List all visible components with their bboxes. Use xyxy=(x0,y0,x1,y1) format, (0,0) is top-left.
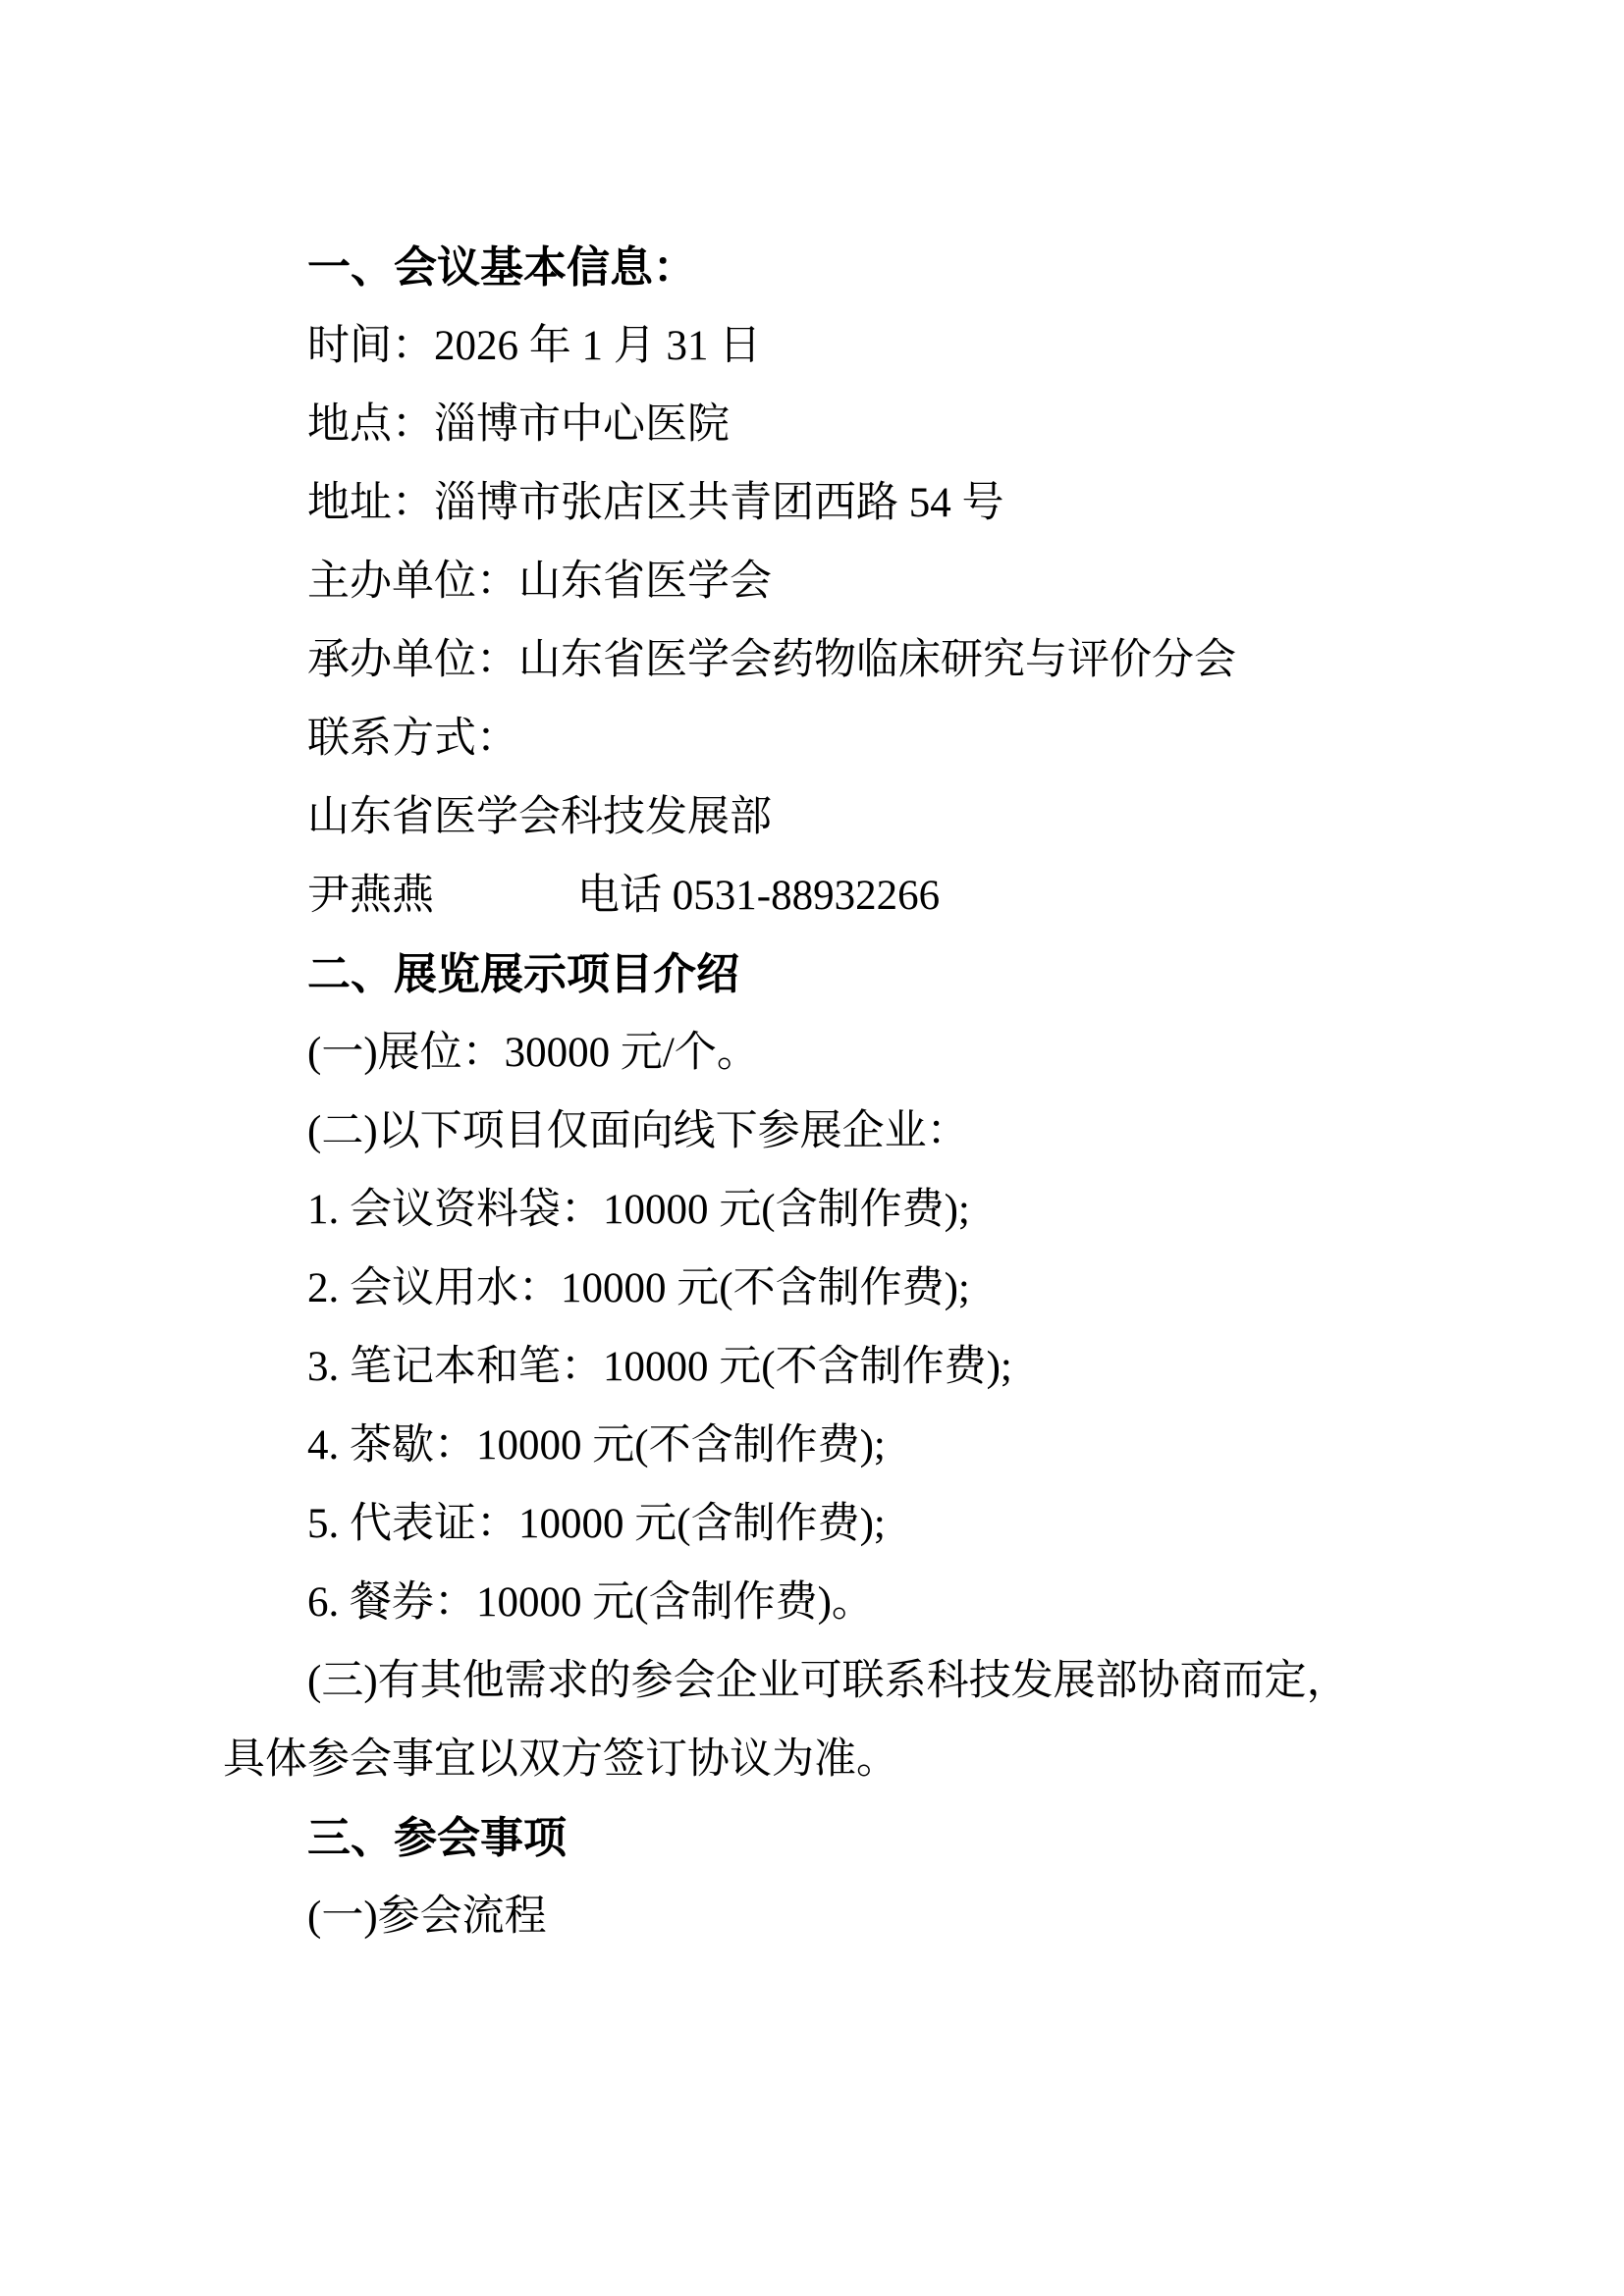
text-line: (二)以下项目仅面向线下参展企业： xyxy=(223,1093,1565,1171)
text-line: 地址：淄博市张店区共青团西路 54 号 xyxy=(223,464,1565,543)
text-line: 时间：2026 年 1 月 31 日 xyxy=(223,307,1565,386)
text-line: (三)有其他需求的参会企业可联系科技发展部协商而定， xyxy=(223,1642,1565,1721)
text-line: 承办单位：山东省医学会药物临床研究与评价分会 xyxy=(223,621,1565,700)
text-line: 地点：淄博市中心医院 xyxy=(223,386,1565,464)
text-line: 6. 餐券：10000 元(含制作费)。 xyxy=(223,1564,1565,1642)
text-segment: 尹燕燕 xyxy=(307,873,434,919)
text-segment: 电话 0531-88932266 xyxy=(577,873,940,919)
text-line: 主办单位：山东省医学会 xyxy=(223,543,1565,621)
section-heading: 二、展览展示项目介绍 xyxy=(223,935,1565,1014)
text-line: 尹燕燕电话 0531-88932266 xyxy=(223,857,1565,935)
text-line: (一)参会流程 xyxy=(223,1878,1565,1956)
text-line: 4. 茶歇：10000 元(不含制作费); xyxy=(223,1407,1565,1485)
text-line: 3. 笔记本和笔：10000 元(不含制作费); xyxy=(223,1328,1565,1407)
text-line: 1. 会议资料袋：10000 元(含制作费); xyxy=(223,1171,1565,1250)
text-line: 具体参会事宜以双方签订协议为准。 xyxy=(223,1721,1565,1799)
text-line: 山东省医学会科技发展部 xyxy=(223,778,1565,857)
document-body: 一、会议基本信息：时间：2026 年 1 月 31 日地点：淄博市中心医院地址：… xyxy=(0,0,1624,1956)
tab-space xyxy=(434,908,577,909)
text-line: 5. 代表证：10000 元(含制作费); xyxy=(223,1485,1565,1564)
document-page: 一、会议基本信息：时间：2026 年 1 月 31 日地点：淄博市中心医院地址：… xyxy=(0,0,1624,2296)
text-line: 2. 会议用水：10000 元(不含制作费); xyxy=(223,1250,1565,1328)
section-heading: 三、参会事项 xyxy=(223,1799,1565,1878)
text-line: (一)展位：30000 元/个。 xyxy=(223,1014,1565,1093)
text-line: 联系方式： xyxy=(223,700,1565,778)
section-heading: 一、会议基本信息： xyxy=(223,229,1565,307)
